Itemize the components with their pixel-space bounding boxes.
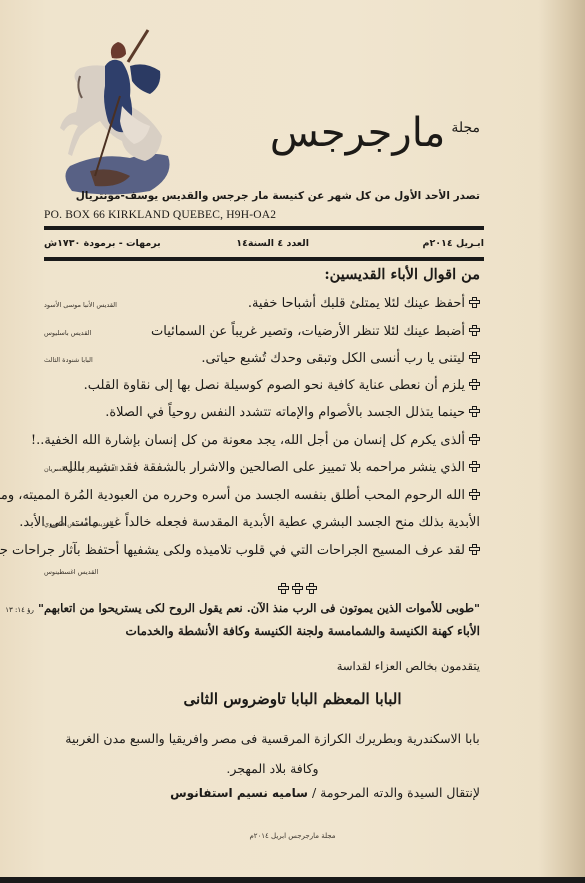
page-footer: مجلة مارجرجس ابريل ٢٠١٤م	[0, 832, 585, 840]
saying-item: حينما يتذلل الجسد بالأصوام والإماته تتشد…	[105, 405, 480, 420]
masthead: مجلةمارجرجس	[270, 110, 480, 156]
divider-bottom	[44, 257, 484, 261]
cross-icon	[306, 583, 317, 594]
section-title: من اقوال الأباء القديسين:	[324, 266, 480, 283]
saying-item: أحفظ عينك لئلا يمتلئ قلبك أشباحا خفية.	[248, 296, 480, 311]
saying-text: أضبط عينك لئلا تنظر الأرضيات، وتصير غريب…	[151, 324, 465, 339]
cross-icon	[469, 352, 480, 363]
saying-attribution: القديس باسليوس	[44, 329, 91, 337]
divider-top	[44, 226, 484, 230]
saying-attribution: القديس افسحس فكسري	[44, 520, 113, 528]
saying-text: حينما يتذلل الجسد بالأصوام والإماته تتشد…	[105, 405, 465, 420]
verse-text: "طوبى للأموات الذين يموتون فى الرب منذ ا…	[38, 601, 480, 615]
issue-date: ابـريل ٢٠١٤م	[422, 238, 484, 249]
saying-item: ألذى يكرم كل إنسان من أجل الله، يجد معون…	[31, 433, 480, 448]
saying-text: لقد عرف المسيح الجراحات التي في قلوب تلا…	[0, 543, 465, 558]
saying-text: يلزم أن نعطى عناية كافية نحو الصوم كوسيل…	[84, 378, 465, 393]
scan-edge	[0, 877, 585, 883]
saying-attribution: القديس مار اسحق السريان	[44, 465, 118, 473]
postal-address: PO. BOX 66 KIRKLAND QUEBEC, H9H-OA2	[44, 209, 276, 221]
saint-george-illustration	[50, 26, 180, 198]
cross-icon	[469, 325, 480, 336]
cross-icon	[469, 489, 480, 500]
clergy-line: الأباء كهنة الكنيسة والشمامسة ولجنة الكن…	[126, 624, 480, 638]
saying-text: أحفظ عينك لئلا يمتلئ قلبك أشباحا خفية.	[248, 296, 465, 311]
bible-verse: "طوبى للأموات الذين يموتون فى الرب منذ ا…	[5, 601, 480, 615]
pope-title: البابا المعظم البابا تاوضروس الثانى	[0, 690, 585, 708]
saying-item: أضبط عينك لئلا تنظر الأرضيات، وتصير غريب…	[151, 324, 480, 339]
cross-icon	[469, 297, 480, 308]
saying-text: ألذى يكرم كل إنسان من أجل الله، يجد معون…	[31, 433, 465, 448]
saying-attribution: القديس اغسطينوس	[44, 568, 98, 576]
saying-attribution: البابا شنودة الثالث	[44, 356, 93, 364]
magazine-page: مجلةمارجرجس تصدر الأحد الأول من كل شهر ع…	[0, 0, 585, 883]
magazine-name: مارجرجس	[270, 110, 445, 156]
coptic-date: برمهات - برمودة ١٧٣٠ش	[44, 238, 161, 249]
tagline: تصدر الأحد الأول من كل شهر عن كنيسة مار …	[76, 190, 480, 202]
saying-item: لقد عرف المسيح الجراحات التي في قلوب تلا…	[0, 543, 480, 558]
pope-description: بابا الاسكندرية وبطريرك الكرازة المرقسية…	[60, 724, 485, 784]
saying-text: ليتنى يا رب أنسى الكل وتبقى وحدك تُشبع ح…	[201, 351, 465, 366]
cross-icon	[469, 434, 480, 445]
saying-item: ليتنى يا رب أنسى الكل وتبقى وحدك تُشبع ح…	[201, 351, 480, 366]
departed-name: ساميه نسيم استفانوس	[170, 786, 308, 800]
saying-item: يلزم أن نعطى عناية كافية نحو الصوم كوسيل…	[84, 378, 480, 393]
cross-icon	[469, 544, 480, 555]
cross-icon	[292, 583, 303, 594]
cross-icon	[469, 406, 480, 417]
cross-icon	[469, 461, 480, 472]
issue-number: العدد ٤ السنة١٤	[236, 238, 309, 249]
departed-line: لإنتقال السيدة والدته المرحومة / ساميه ن…	[170, 785, 480, 800]
verse-reference: رؤ ١٤: ١٣	[5, 606, 34, 614]
issue-bar: ابـريل ٢٠١٤م العدد ٤ السنة١٤ برمهات - بر…	[44, 238, 484, 252]
saying-item: الله الرحوم المحب أطلق بنفسه الجسد من أس…	[0, 488, 480, 503]
saying-attribution: القديس الأنبا موسى الأسود	[44, 301, 117, 309]
cross-icon	[469, 379, 480, 390]
departed-prefix: لإنتقال السيدة والدته المرحومة /	[312, 785, 480, 800]
cross-icon	[278, 583, 289, 594]
three-crosses-ornament	[278, 583, 317, 594]
saying-text-line1: الله الرحوم المحب أطلق بنفسه الجسد من أس…	[0, 488, 465, 503]
magazine-word: مجلة	[451, 120, 480, 136]
condolence-line: يتقدمون بخالص العزاء لقداسة	[337, 659, 480, 673]
